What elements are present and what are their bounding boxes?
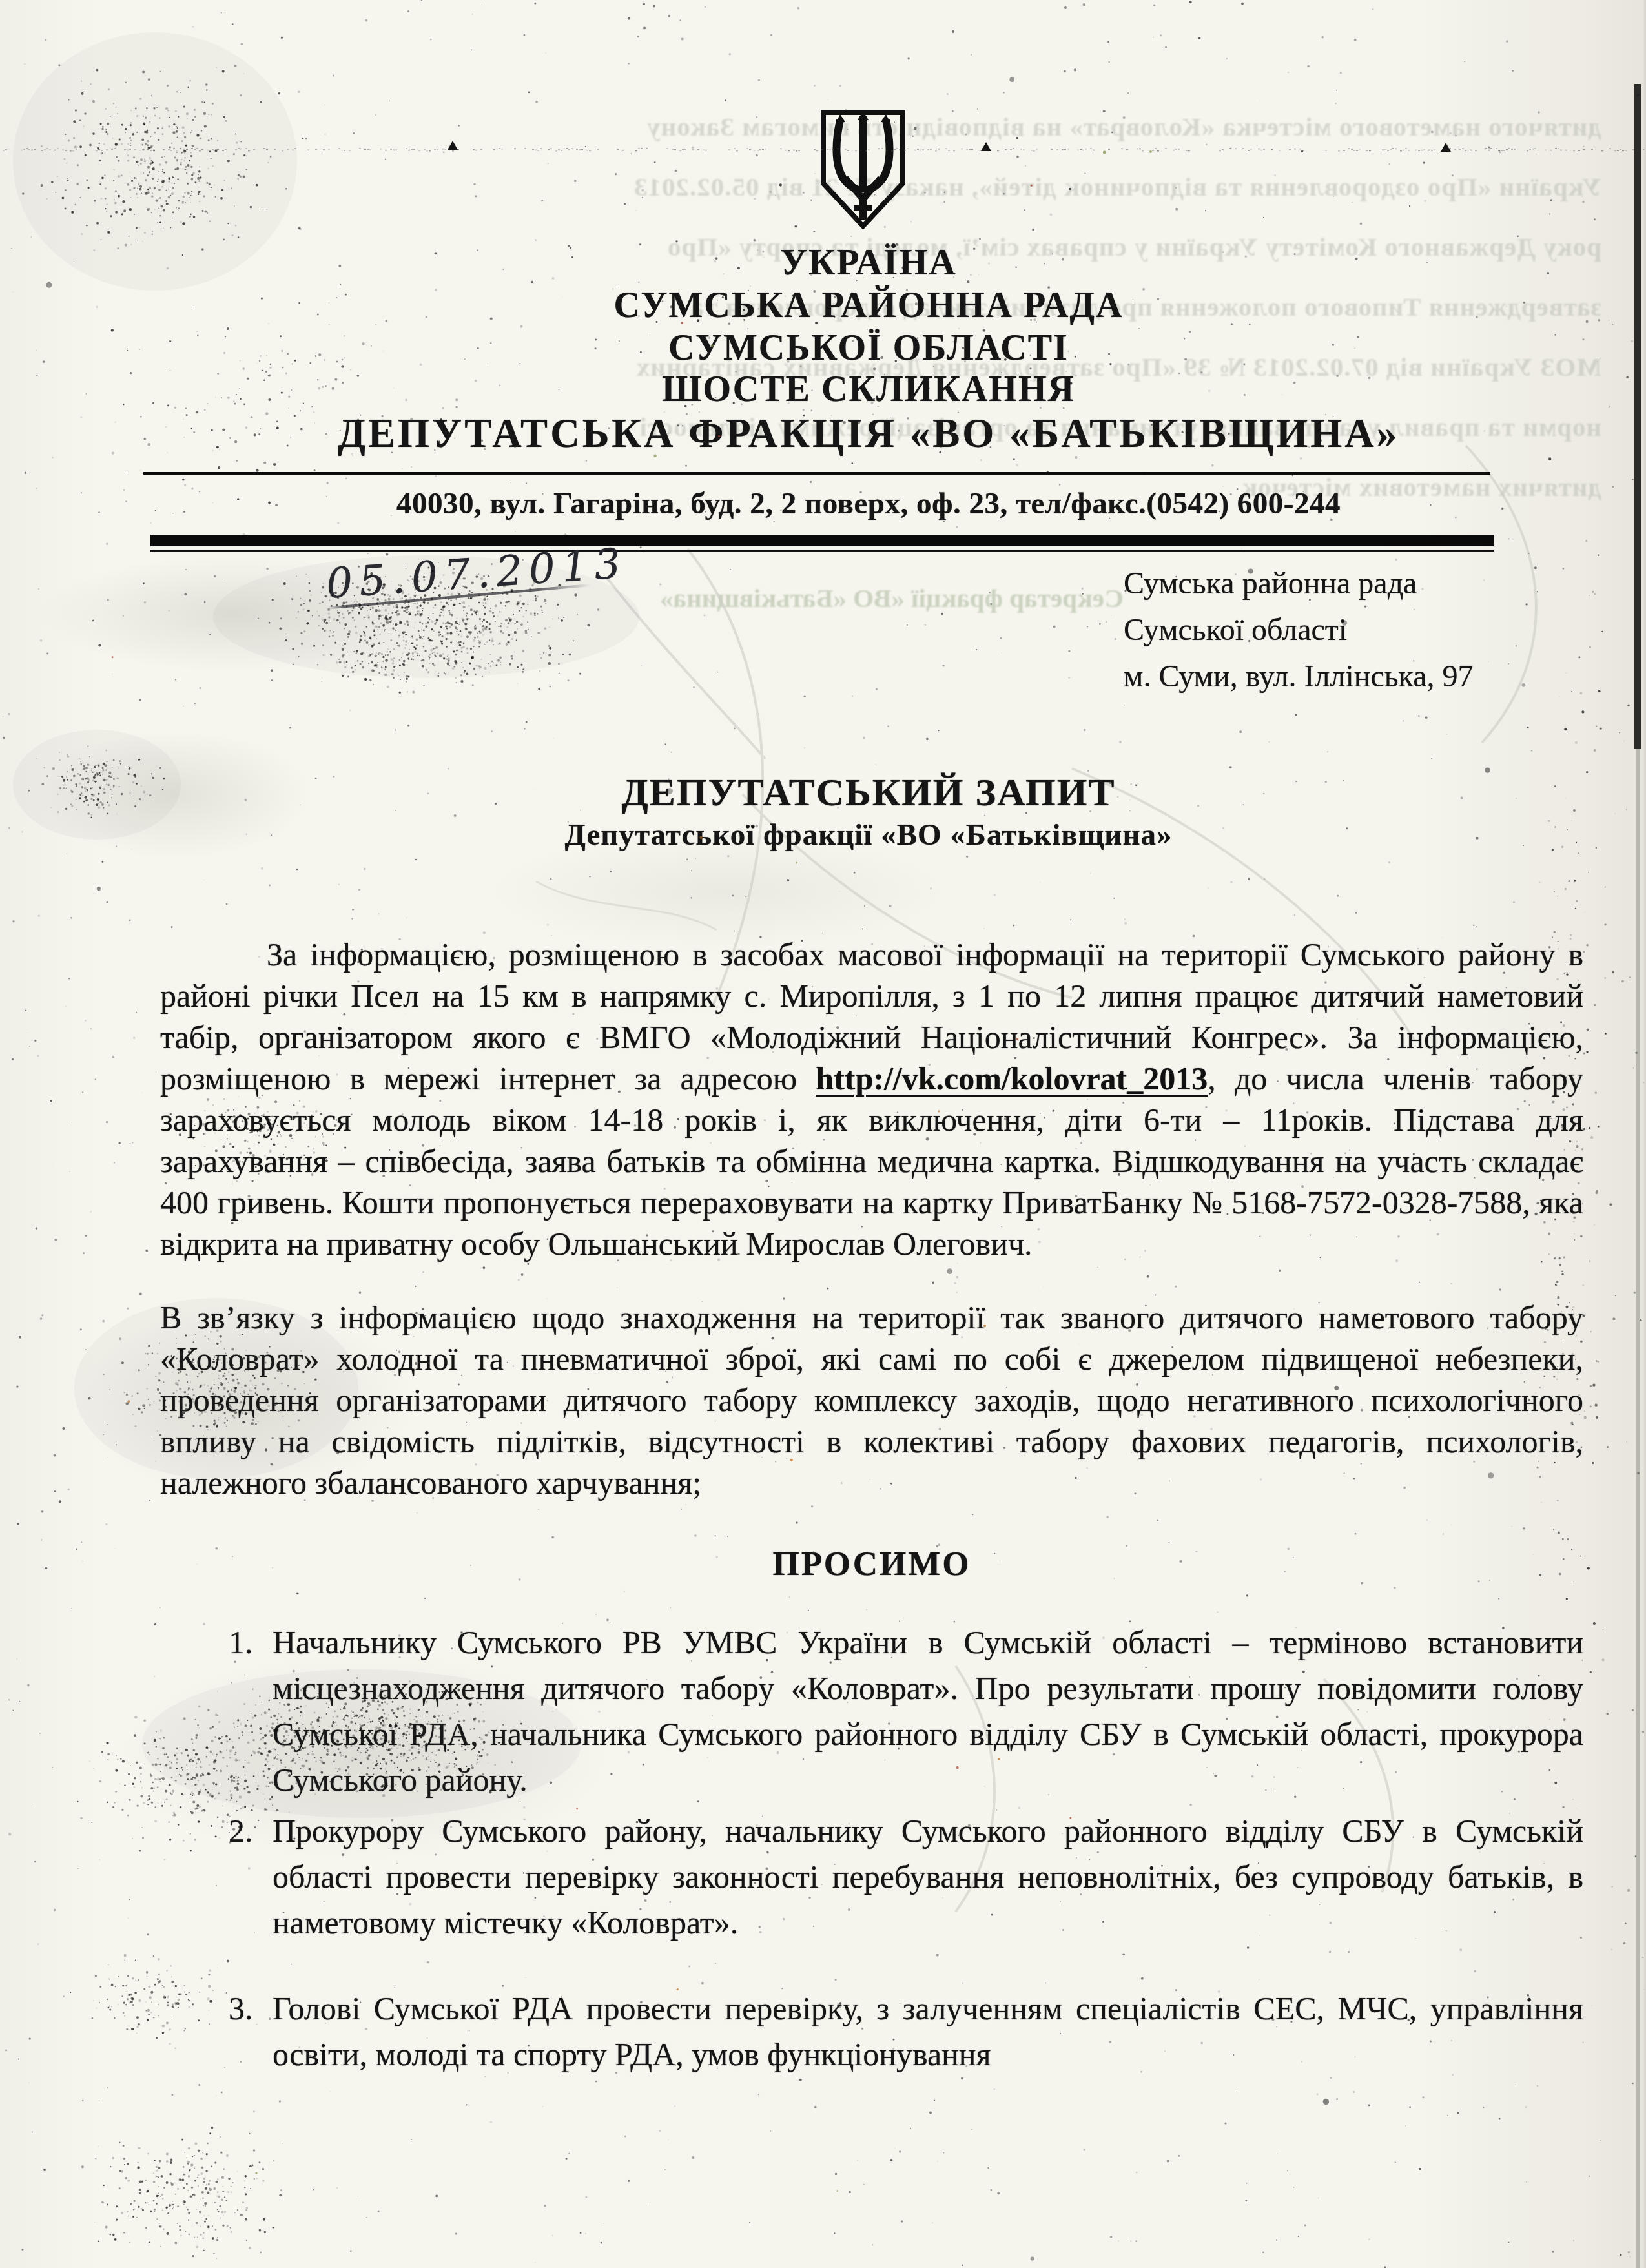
scan-edge-dark-strip <box>1634 84 1641 749</box>
letterhead-faction: ДЕПУТАТСЬКА ФРАКЦІЯ «ВО «БАТЬКІВЩИНА» <box>94 410 1643 457</box>
request-item-number: 1. <box>229 1620 265 1803</box>
letterhead-country: УКРАЇНА <box>94 242 1643 283</box>
document-subtitle: Депутатської фракції «ВО «Батьківщина» <box>94 818 1643 852</box>
scan-artifact-triangle <box>981 142 991 151</box>
scanned-document-page: дитячого наметового містечка «Коловрат» … <box>0 0 1646 2268</box>
request-item-number: 3. <box>229 1986 265 2077</box>
recipient-line: Сумської області <box>1124 610 1589 656</box>
letterhead-council: СУМСЬКА РАЙОННА РАДА <box>94 285 1643 326</box>
letterhead-thin-rule <box>143 472 1490 475</box>
scan-edge-gray-strip <box>1636 749 1640 2268</box>
request-item-text: Голові Сумської РДА провести перевірку, … <box>273 1986 1583 2077</box>
request-heading: ПРОСИМО <box>160 1545 1583 1583</box>
printed-url: http://vk.com/kolovrat_2013 <box>816 1060 1208 1097</box>
request-item-number: 2. <box>229 1808 265 1946</box>
letterhead-region: СУМСЬКОЇ ОБЛАСТІ <box>94 327 1643 369</box>
paragraph-2: В зв’язку з інформацією щодо знаходження… <box>160 1297 1583 1503</box>
letterhead-thick-bar <box>150 535 1494 546</box>
recipient-block: Сумська районна рада Сумської області м.… <box>1124 563 1589 703</box>
request-item-2: 2. Прокурору Сумського району, начальник… <box>160 1808 1583 1946</box>
paragraph-1: За інформацією, розміщеною в засобах мас… <box>160 934 1583 1264</box>
letterhead-convocation: ШОСТЕ СКЛИКАННЯ <box>94 369 1643 410</box>
recipient-line: Сумська районна рада <box>1124 563 1589 610</box>
letterhead-address: 40030, вул. Гагаріна, буд. 2, 2 поверх, … <box>94 486 1643 521</box>
scan-artifact-triangle <box>448 141 458 150</box>
request-item-3: 3. Голові Сумської РДА провести перевірк… <box>160 1986 1583 2077</box>
letterhead-underbar <box>150 550 1494 552</box>
document-body: За інформацією, розміщеною в засобах мас… <box>160 934 1583 2077</box>
scan-artifact-triangle <box>1441 143 1451 152</box>
request-item-text: Прокурору Сумського району, начальнику С… <box>273 1808 1583 1946</box>
request-item-text: Начальнику Сумського РВ УМВС України в С… <box>273 1620 1583 1803</box>
document-title: ДЕПУТАТСЬКИЙ ЗАПИТ <box>94 770 1643 815</box>
recipient-line: м. Суми, вул. Іллінська, 97 <box>1124 656 1589 703</box>
request-item-1: 1. Начальнику Сумського РВ УМВС України … <box>160 1620 1583 1803</box>
ukraine-tryzub-emblem-icon <box>817 107 909 231</box>
